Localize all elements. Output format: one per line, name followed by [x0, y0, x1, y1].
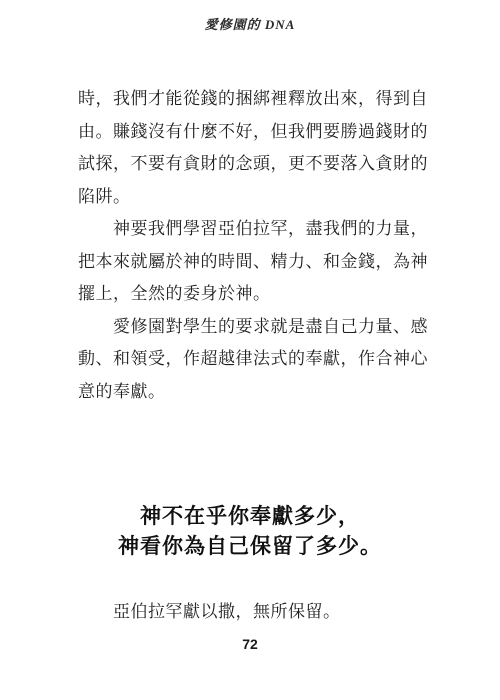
highlight-quote: 神不在乎你奉獻多少， 神看你為自己保留了多少。: [0, 501, 500, 561]
body-line: 陷阱。: [78, 181, 430, 214]
body-line: 意的奉獻。: [78, 376, 430, 409]
running-header: 愛修園的 DNA: [0, 14, 500, 33]
book-page: 愛修園的 DNA 時，我們才能從錢的捆綁裡釋放出來，得到自 由。賺錢沒有什麼不好…: [0, 0, 500, 700]
body-line: 把本來就屬於神的時間、精力、和金錢，為神: [78, 246, 430, 279]
closing-line: 亞伯拉罕獻以撒，無所保留。: [78, 600, 430, 624]
body-line: 試探，不要有貪財的念頭，更不要落入貪財的: [78, 148, 430, 181]
body-text: 時，我們才能從錢的捆綁裡釋放出來，得到自 由。賺錢沒有什麼不好，但我們要勝過錢財…: [78, 83, 430, 408]
body-line: 神要我們學習亞伯拉罕，盡我們的力量，: [78, 213, 430, 246]
closing-paragraph: 亞伯拉罕獻以撒，無所保留。: [78, 600, 430, 624]
body-line: 擺上，全然的委身於神。: [78, 278, 430, 311]
quote-line: 神看你為自己保留了多少。: [0, 531, 500, 561]
body-line: 動、和領受，作超越律法式的奉獻，作合神心: [78, 343, 430, 376]
body-line: 愛修園對學生的要求就是盡自己力量、感: [78, 311, 430, 344]
body-line: 時，我們才能從錢的捆綁裡釋放出來，得到自: [78, 83, 430, 116]
page-number: 72: [0, 636, 500, 652]
quote-line: 神不在乎你奉獻多少，: [0, 501, 500, 531]
body-line: 由。賺錢沒有什麼不好，但我們要勝過錢財的: [78, 116, 430, 149]
